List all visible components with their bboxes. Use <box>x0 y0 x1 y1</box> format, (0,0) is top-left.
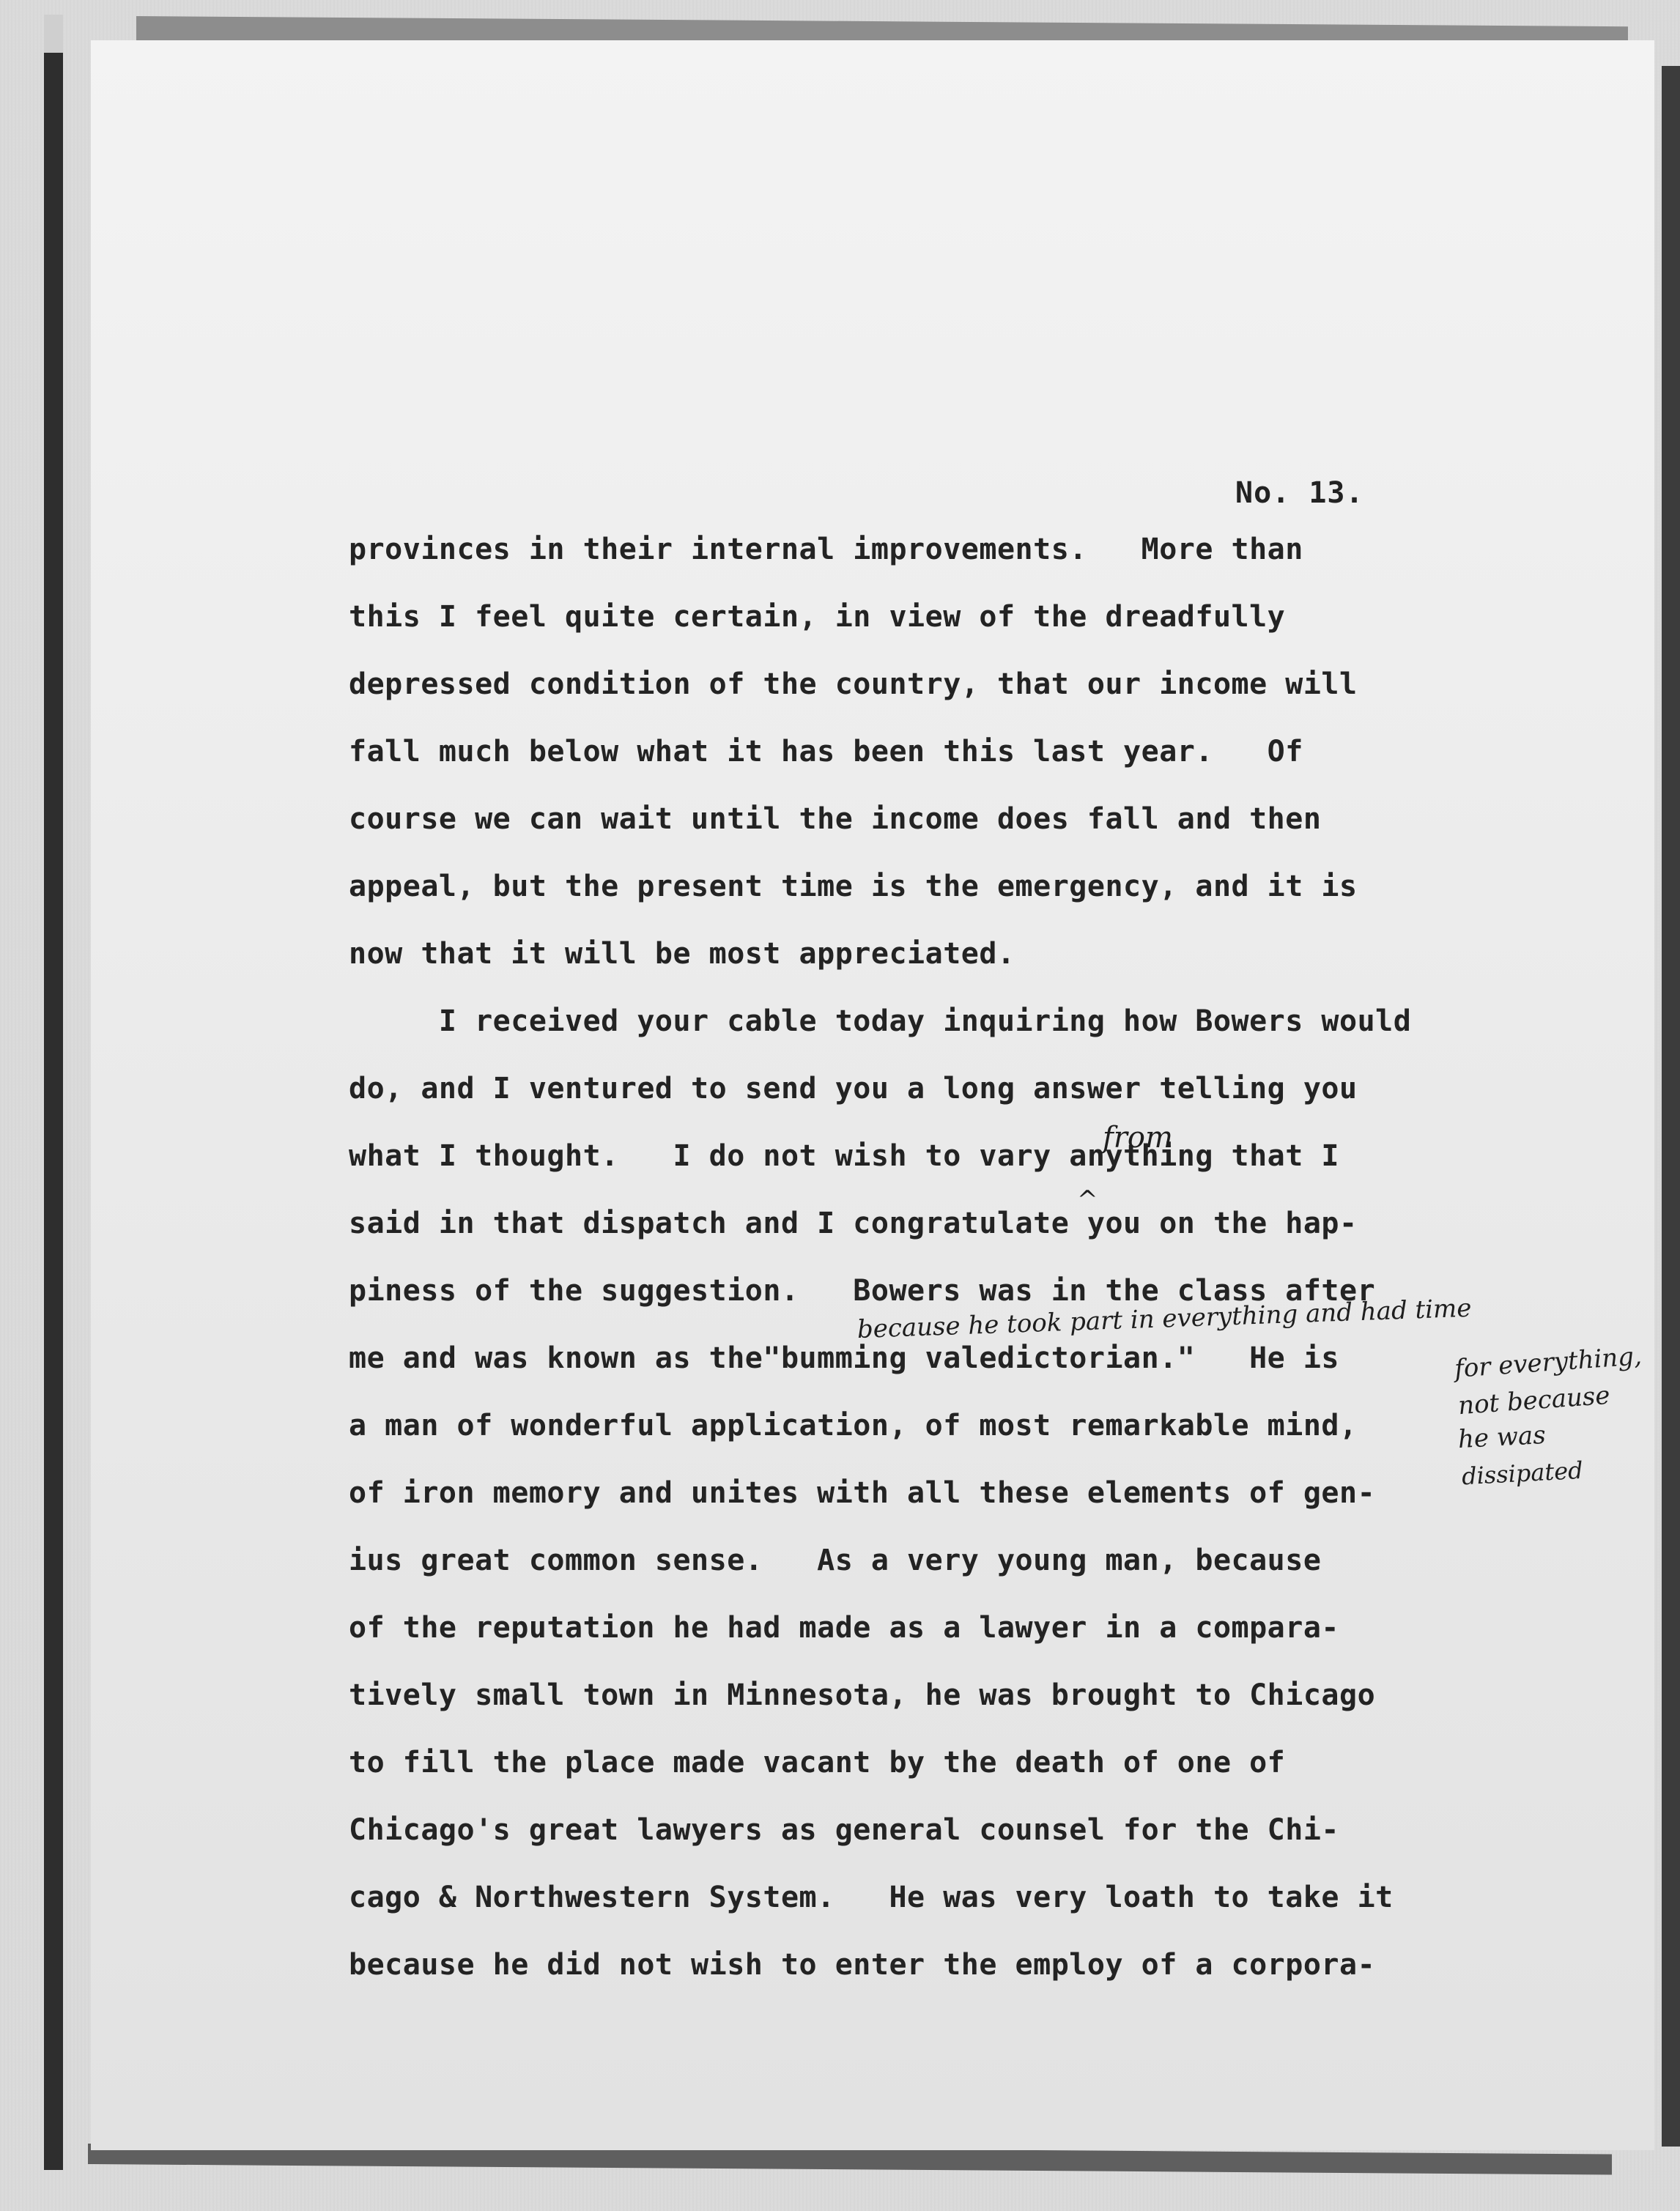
text-line: of the reputation he had made as a lawye… <box>349 1610 1339 1645</box>
text-line: provinces in their internal improvements… <box>349 532 1303 567</box>
text-line: this I feel quite certain, in view of th… <box>349 599 1285 634</box>
handwritten-insertion-word: from <box>1103 1121 1173 1155</box>
text-line: Chicago's great lawyers as general couns… <box>349 1812 1339 1848</box>
text-line: fall much below what it has been this la… <box>349 734 1303 769</box>
scan-edge-left <box>44 53 63 2170</box>
text-line: because he did not wish to enter the emp… <box>349 1947 1375 1982</box>
text-line: to fill the place made vacant by the dea… <box>349 1745 1285 1780</box>
scan-edge-right <box>1662 66 1680 2147</box>
text-line: appeal, but the present time is the emer… <box>349 869 1358 904</box>
text-line: do, and I ventured to send you a long an… <box>349 1071 1358 1106</box>
insertion-caret-mark: ^ <box>1077 1185 1098 1215</box>
text-line: depressed condition of the country, that… <box>349 667 1358 702</box>
scan-edge-left-top <box>44 15 63 53</box>
margin-note-line: he was <box>1457 1421 1547 1454</box>
text-line: tively small town in Minnesota, he was b… <box>349 1678 1375 1713</box>
text-line: a man of wonderful application, of most … <box>349 1408 1358 1443</box>
text-line: of iron memory and unites with all these… <box>349 1475 1375 1511</box>
text-line: what I thought. I do not wish to vary an… <box>349 1138 1339 1174</box>
text-line: cago & Northwestern System. He was very … <box>349 1880 1394 1915</box>
text-line: me and was known as the"bumming valedict… <box>349 1341 1339 1376</box>
page-number: No. 13. <box>1235 476 1364 510</box>
text-line: ius great common sense. As a very young … <box>349 1543 1321 1578</box>
text-line: said in that dispatch and I congratulate… <box>349 1206 1358 1241</box>
text-line: I received your cable today inquiring ho… <box>349 1004 1411 1039</box>
text-line: course we can wait until the income does… <box>349 801 1321 837</box>
text-line: now that it will be most appreciated. <box>349 936 1015 971</box>
